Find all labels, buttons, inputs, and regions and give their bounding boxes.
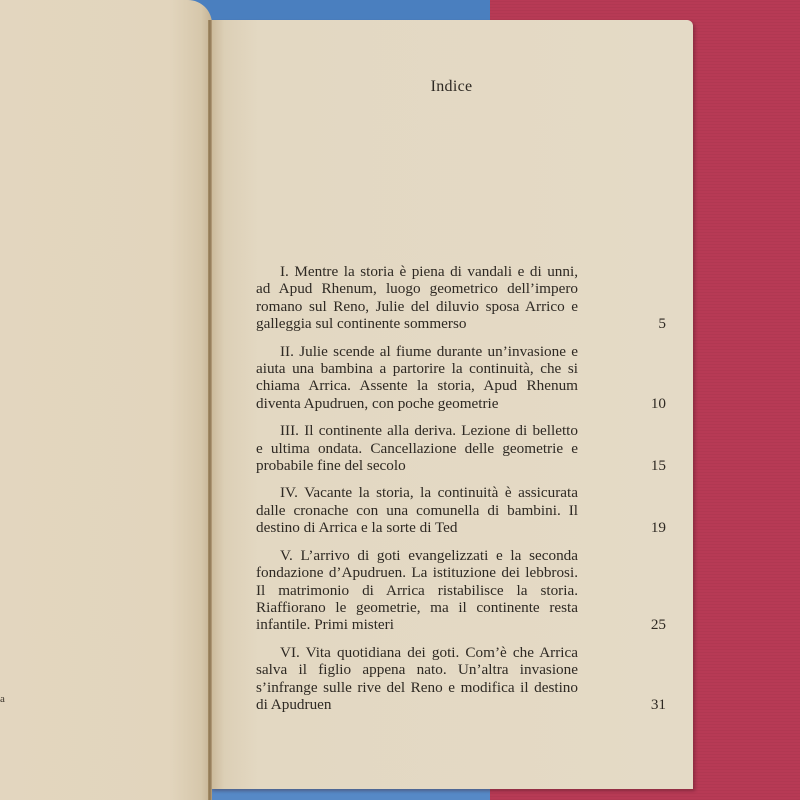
toc-entry-page-number: 19 <box>626 519 666 536</box>
toc-entry-page-number: 5 <box>626 315 666 332</box>
toc-entry-text: VI. Vita quotidiana dei goti. Com’è che … <box>256 644 578 714</box>
toc-entry-text: III. Il continente alla deriva. Lezione … <box>256 422 578 474</box>
toc-entry-page-number: 15 <box>626 457 666 474</box>
toc-entry-text: II. Julie scende al fiume durante un’inv… <box>256 343 578 413</box>
left-page-text-fragment: a <box>0 693 5 705</box>
toc-entry-page-number: 10 <box>626 395 666 412</box>
toc-entry-6: VI. Vita quotidiana dei goti. Com’è che … <box>256 644 666 714</box>
page-title: Indice <box>210 78 693 96</box>
toc-entry-text: V. L’arrivo di goti evangelizzati e la s… <box>256 547 578 634</box>
toc-entry-5: V. L’arrivo di goti evangelizzati e la s… <box>256 547 666 634</box>
toc-entry-text: I. Mentre la storia è piena di vandali e… <box>256 263 578 333</box>
book-gutter <box>208 20 212 800</box>
toc-entry-2: II. Julie scende al fiume durante un’inv… <box>256 343 666 413</box>
toc-entry-4: IV. Vacante la storia, la continuità è a… <box>256 484 666 536</box>
toc-entry-1: I. Mentre la storia è piena di vandali e… <box>256 263 666 333</box>
left-page: a <box>0 0 212 800</box>
toc-entry-page-number: 31 <box>626 696 666 713</box>
toc-entry-text: IV. Vacante la storia, la continuità è a… <box>256 484 578 536</box>
table-of-contents: I. Mentre la storia è piena di vandali e… <box>256 263 666 723</box>
toc-entry-page-number: 25 <box>626 616 666 633</box>
toc-entry-3: III. Il continente alla deriva. Lezione … <box>256 422 666 474</box>
